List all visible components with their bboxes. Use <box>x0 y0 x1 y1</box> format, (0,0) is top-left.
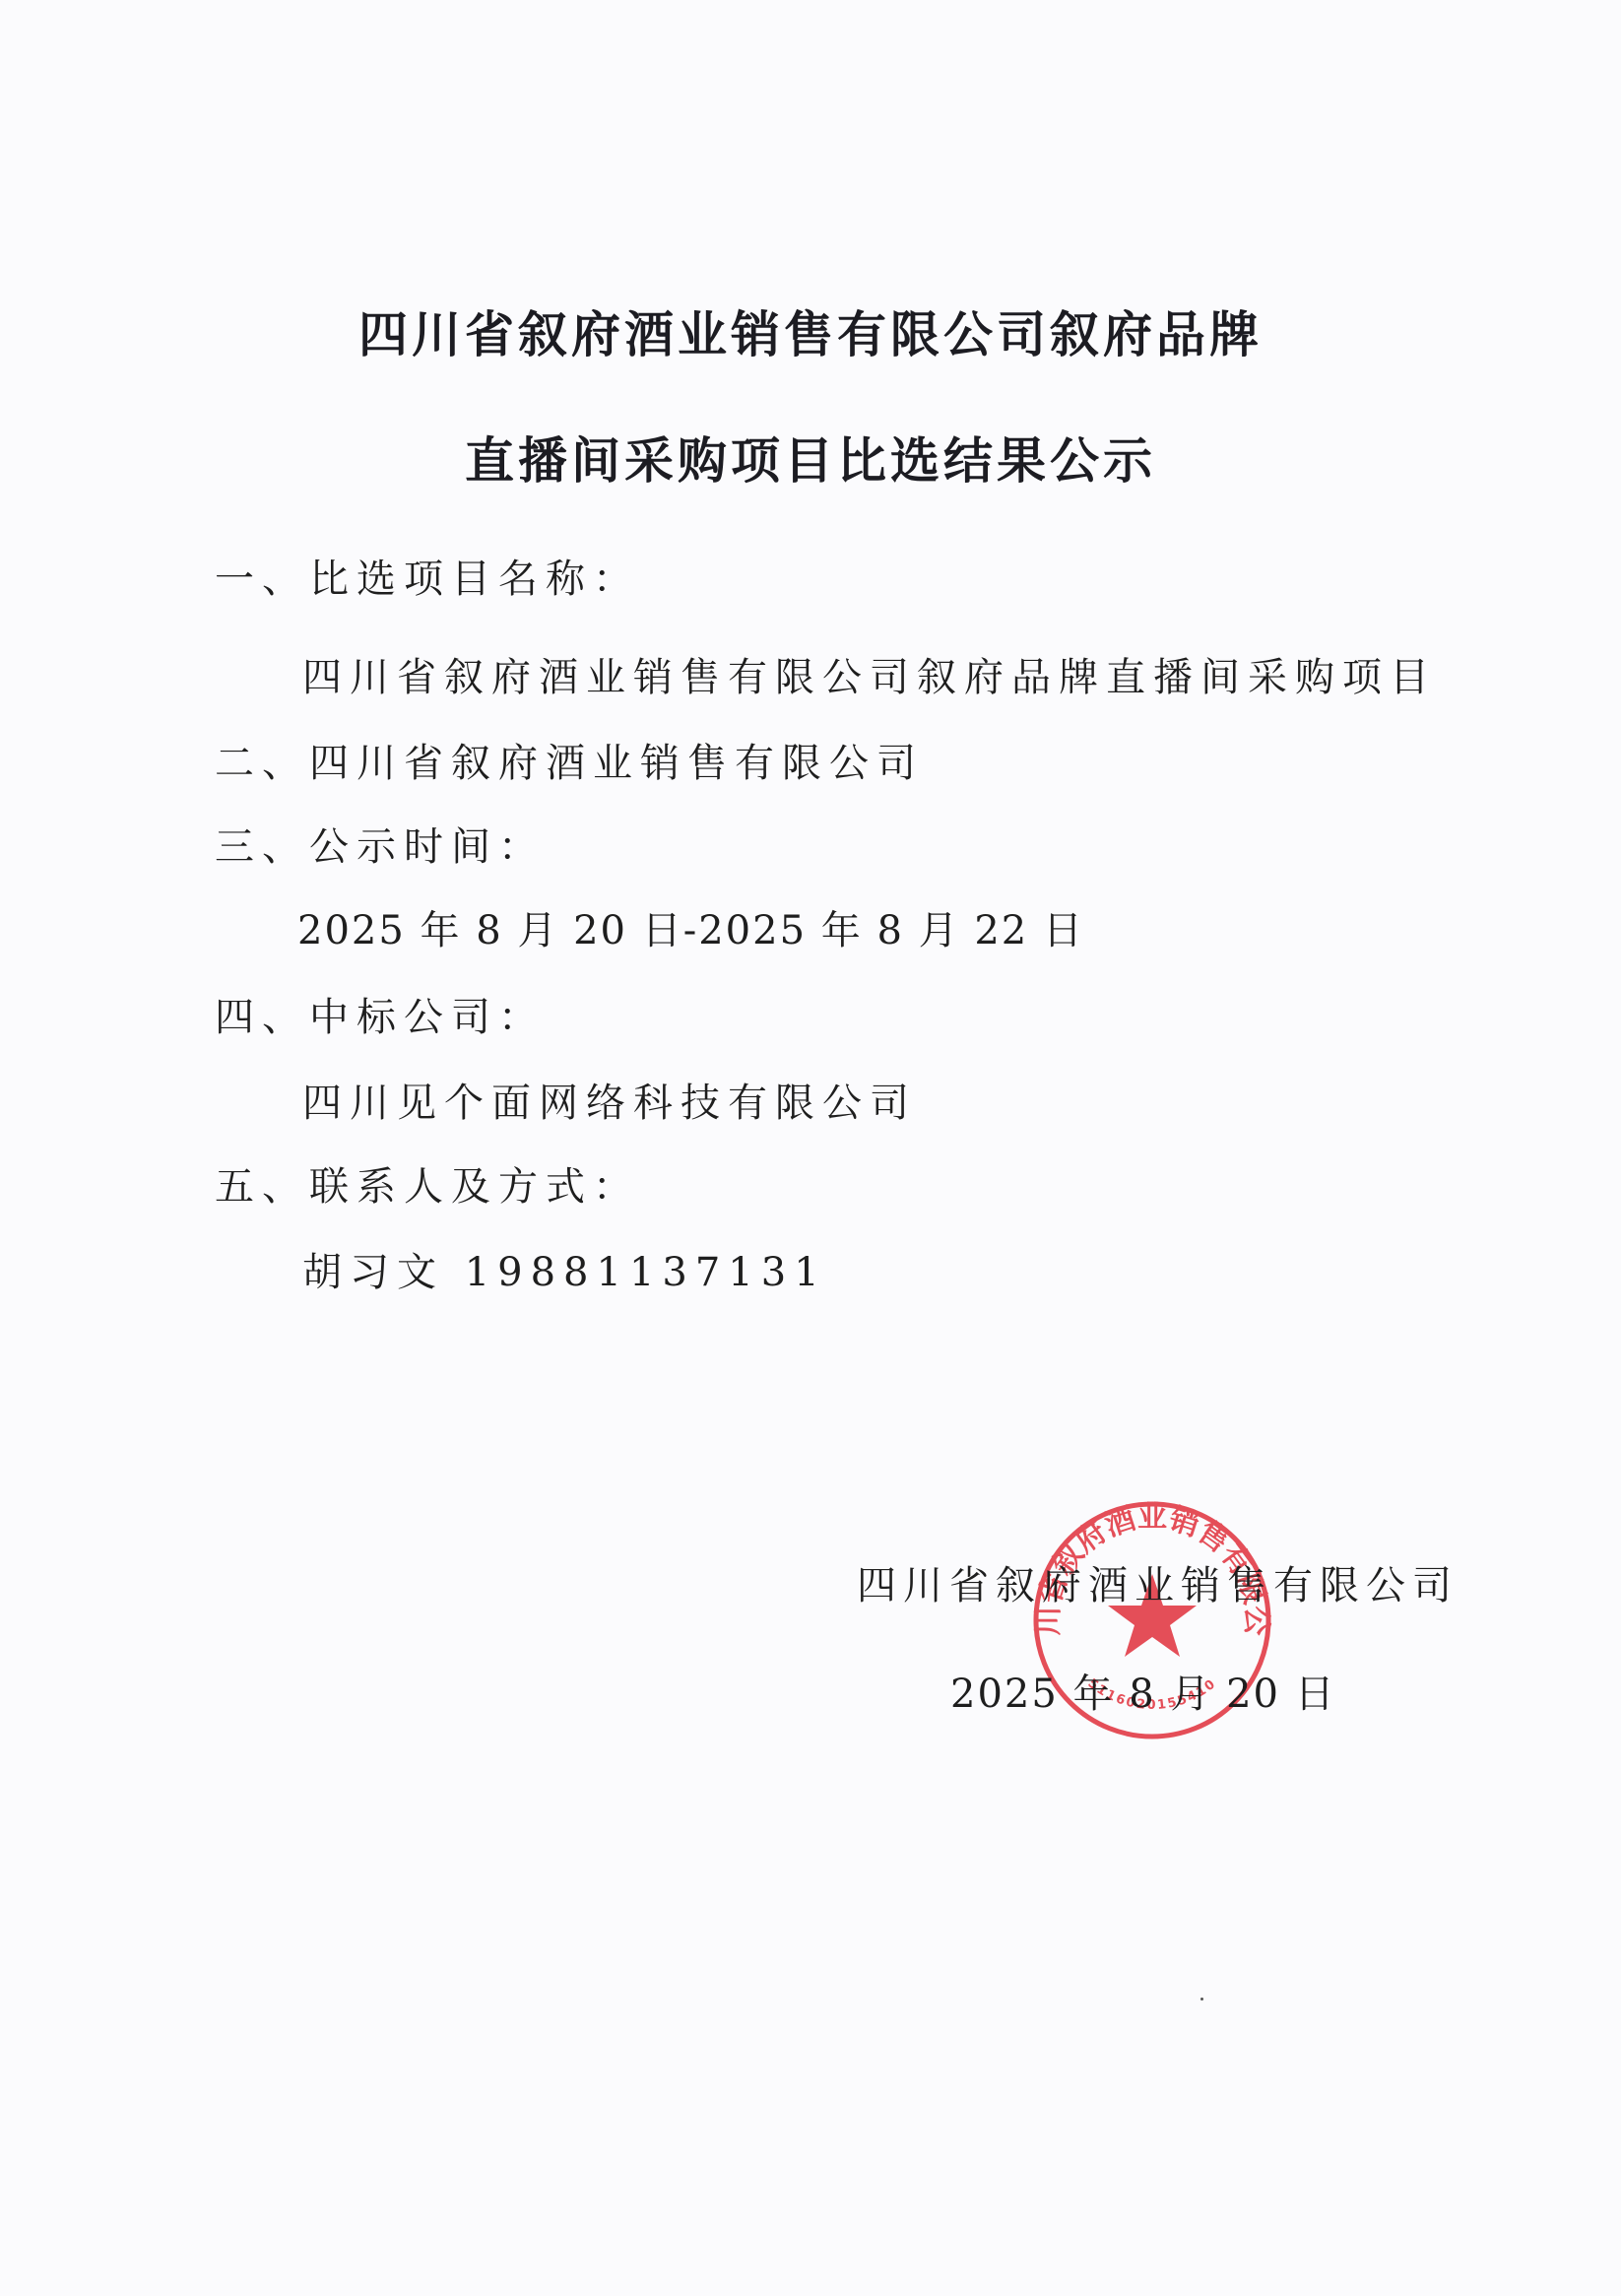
signature-company: 四川省叙府酒业销售有限公司 <box>857 1566 1459 1606</box>
section-1-heading: 一、比选项目名称： <box>215 559 640 599</box>
document-title-line-2: 直播间采购项目比选结果公示 <box>0 422 1621 492</box>
section-1-content: 四川省叙府酒业销售有限公司叙府品牌直播间采购项目 <box>302 658 1437 697</box>
document-title-line-1: 四川省叙府酒业销售有限公司叙府品牌 <box>0 295 1621 366</box>
section-5-heading: 五、联系人及方式： <box>215 1167 640 1207</box>
signature-date: 2025 年 8 月 20 日 <box>950 1674 1336 1714</box>
section-4-content: 四川见个面网络科技有限公司 <box>302 1083 917 1123</box>
scan-speck <box>1200 1998 1203 2001</box>
section-5-content: 胡习文 19881137131 <box>302 1253 827 1292</box>
section-3-content: 2025 年 8 月 20 日-2025 年 8 月 22 日 <box>297 911 1084 951</box>
section-2-heading: 二、四川省叙府酒业销售有限公司 <box>215 744 924 783</box>
section-4-heading: 四、中标公司： <box>215 998 546 1037</box>
section-3-heading: 三、公示时间： <box>215 827 546 867</box>
